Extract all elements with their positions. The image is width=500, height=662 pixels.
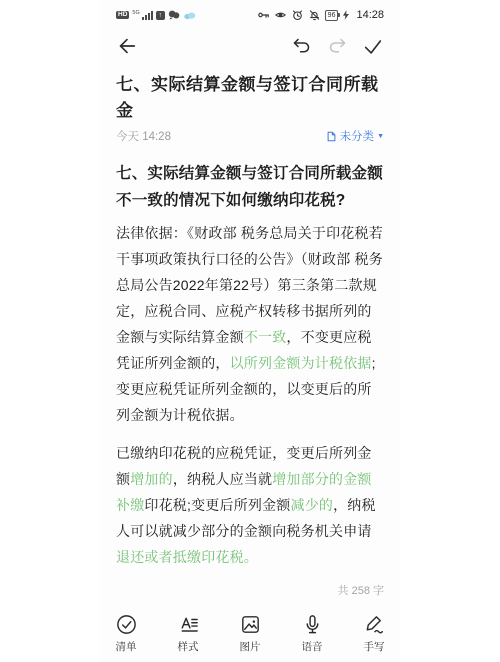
highlighted-text: 不一致: [244, 329, 287, 345]
confirm-button[interactable]: [362, 35, 384, 57]
back-button[interactable]: [116, 35, 138, 57]
status-left-icons: HD 5G ↑: [116, 10, 196, 20]
category-label: 未分类: [340, 128, 375, 144]
toolbar-voice-button[interactable]: 语音: [292, 613, 332, 654]
weather-icon: [183, 10, 196, 20]
category-selector[interactable]: 未分类 ▼: [326, 128, 384, 144]
chat-icon: [168, 10, 180, 20]
paragraph-legal-basis: 法律依据：《财政部 税务总局关于印花税若干事项政策执行口径的公告》（财政部 税务…: [116, 220, 384, 428]
charging-bolt-icon: [343, 10, 349, 20]
signal-bars-icon: [142, 10, 153, 20]
note-title-field[interactable]: 七、实际结算金额与签订合同所载金: [116, 72, 384, 124]
clock-time: 14:28: [356, 9, 384, 21]
toolbar-checklist-button[interactable]: 清单: [106, 613, 146, 654]
word-count: 共 258 字: [116, 582, 384, 598]
network-5g-label: 5G: [132, 10, 139, 16]
eye-icon: [274, 9, 287, 21]
check-icon: [362, 35, 384, 58]
note-date: 今天 14:28: [116, 128, 171, 144]
back-arrow-icon: [116, 35, 138, 57]
note-meta-row: 今天 14:28 未分类 ▼: [116, 128, 384, 144]
toolbar-style-button[interactable]: 样式: [168, 613, 208, 654]
upload-icon: ↑: [156, 11, 165, 20]
chevron-down-icon: ▼: [377, 133, 384, 140]
text-segment: ，纳税人应当就: [173, 471, 272, 487]
pen-icon: [363, 613, 386, 636]
image-icon: [239, 613, 262, 636]
note-content-area[interactable]: 七、实际结算金额与签订合同所载金额不一致的情况下如何缴纳印花税? 法律依据：《财…: [116, 160, 384, 570]
undo-button[interactable]: [290, 35, 312, 57]
toolbar-label: 手写: [364, 639, 385, 654]
highlighted-text: 以所列金额为计税依据: [230, 355, 372, 371]
hd-badge-icon: HD: [116, 11, 129, 20]
checklist-icon: [115, 613, 138, 636]
toolbar-label: 样式: [178, 639, 199, 654]
text-segment: 印花税;变更后所列金额: [144, 497, 290, 513]
highlighted-text: 增加的: [130, 471, 173, 487]
nav-bar: [116, 34, 384, 58]
toolbar-label: 图片: [240, 639, 261, 654]
toolbar-handwriting-button[interactable]: 手写: [354, 613, 394, 654]
alarm-icon: [291, 9, 304, 21]
toolbar-label: 语音: [302, 639, 323, 654]
note-heading: 七、实际结算金额与签订合同所载金额不一致的情况下如何缴纳印花税?: [116, 160, 384, 214]
toolbar-label: 清单: [116, 639, 137, 654]
highlighted-text: 退还或者抵缴印花税。: [116, 549, 258, 565]
key-icon: [257, 9, 270, 21]
status-right-icons: 96 14:28: [257, 9, 384, 21]
undo-icon: [291, 36, 312, 57]
editor-toolbar: 清单 样式 图片: [100, 613, 400, 654]
nav-actions: [290, 35, 384, 57]
highlighted-text: 减少的: [291, 497, 334, 513]
note-editor-screen: HD 5G ↑: [100, 0, 400, 662]
redo-button[interactable]: [326, 35, 348, 57]
battery-icon: 96: [325, 10, 339, 21]
microphone-icon: [301, 613, 324, 636]
redo-icon: [327, 36, 348, 57]
paragraph-paid-tax: 已缴纳印花税的应税凭证，变更后所列金额增加的，纳税人应当就增加部分的金额补缴印花…: [116, 440, 384, 570]
toolbar-image-button[interactable]: 图片: [230, 613, 270, 654]
status-bar: HD 5G ↑: [100, 0, 400, 22]
style-icon: [177, 613, 200, 636]
text-segment: 法律依据：《财政部 税务总局关于印花税若干事项政策执行口径的公告》（财政部 税务…: [116, 225, 383, 345]
bell-muted-icon: [308, 9, 321, 21]
document-icon: [326, 131, 337, 142]
